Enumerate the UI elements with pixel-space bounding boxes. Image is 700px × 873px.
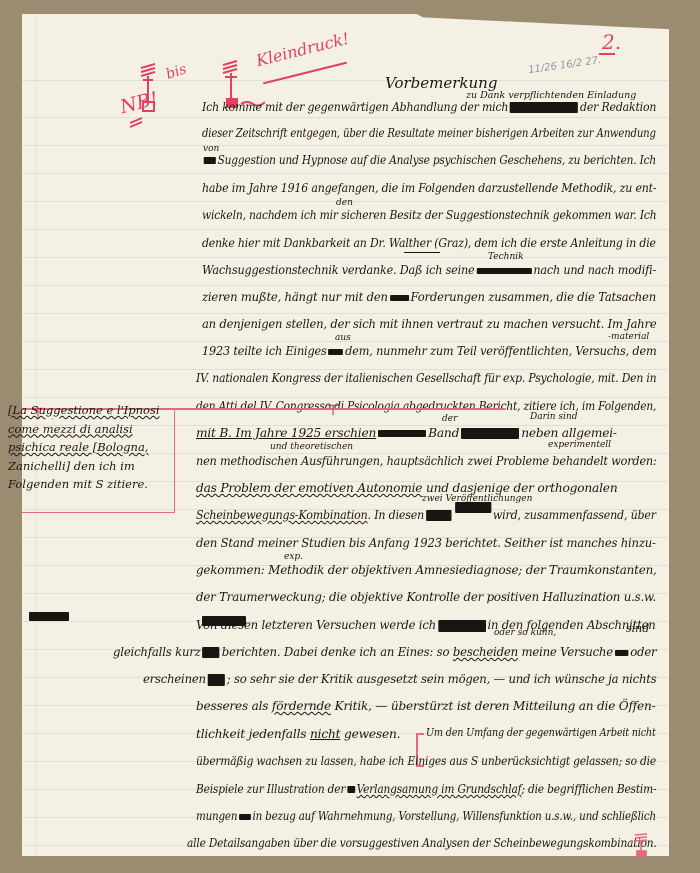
interlinear-insert: den bbox=[336, 198, 353, 208]
text-line-1: Ich komme mit der gegenwärtigen Abhandlu… bbox=[202, 100, 656, 114]
page-number-underline bbox=[599, 53, 615, 55]
text-line-6: denke hier mit Dankbarkeit an Dr. Walthe… bbox=[202, 236, 656, 250]
interlinear-insert: -material bbox=[608, 332, 649, 342]
text-line-10: 1923 teilte ich Einigesdem, nunmehr zum … bbox=[202, 344, 657, 358]
section-marker-icon bbox=[125, 60, 265, 130]
text-line-7: Wachsuggestionstechnik verdanke. Daß ich… bbox=[202, 263, 656, 277]
text-line-25: übermäßig wachsen zu lassen, habe ich Ei… bbox=[196, 754, 656, 768]
text-line-27: mungenin bezug auf Wahrnehmung, Vorstell… bbox=[196, 809, 656, 823]
text-line-24b: Um den Umfang der gegenwärtigen Arbeit n… bbox=[426, 726, 656, 739]
redaction-block bbox=[426, 510, 451, 521]
ruled-line bbox=[22, 229, 669, 230]
text-line-26: Beispiele zur Illustration derVerlangsam… bbox=[196, 782, 656, 796]
redaction-block bbox=[239, 814, 251, 820]
text-line-13: mit B. Im Jahre 1925 erschienBandneben a… bbox=[196, 426, 617, 440]
text-line-21: gleichfalls kurzberichten. Dabei denke i… bbox=[113, 645, 656, 659]
redaction-block bbox=[510, 102, 578, 113]
text-line-22: erscheinen; so sehr sie der Kritik ausge… bbox=[143, 672, 656, 686]
ruled-line bbox=[22, 369, 669, 370]
text-line-14: nen methodischen Ausführungen, hauptsäch… bbox=[196, 454, 657, 468]
text-line-17: den Stand meiner Studien bis Anfang 1923… bbox=[196, 536, 656, 550]
ruled-line bbox=[22, 313, 669, 314]
redaction-block bbox=[476, 268, 531, 274]
interlinear-insert: experimentell bbox=[548, 440, 611, 450]
redaction-block bbox=[29, 612, 69, 621]
interlinear-insert: sind bbox=[626, 622, 649, 635]
text-line-5: wickeln, nachdem ich mir sicheren Besitz… bbox=[202, 208, 656, 222]
interlinear-insert: Darin sind bbox=[530, 412, 577, 422]
ruled-line bbox=[22, 285, 669, 286]
ruled-line bbox=[22, 173, 669, 174]
redaction-block bbox=[461, 428, 519, 439]
text-line-16: Scheinbewegungs-Kombination. In diesenwi… bbox=[196, 508, 656, 522]
text-line-11: IV. nationalen Kongress der italienische… bbox=[196, 371, 656, 385]
ruled-line bbox=[22, 257, 669, 258]
page-number: 2. bbox=[602, 30, 621, 54]
section-end-marker-icon bbox=[632, 832, 652, 858]
text-line-23: besseres als fördernde Kritik, — überstü… bbox=[196, 699, 655, 713]
interlinear-insert: aus bbox=[335, 333, 351, 343]
text-line-8: zieren mußte, hängt nur mit denForderung… bbox=[202, 290, 656, 304]
interlinear-insert: der bbox=[442, 414, 457, 424]
redaction-block bbox=[203, 647, 220, 658]
text-line-4: habe im Jahre 1916 angefangen, die im Fo… bbox=[202, 181, 656, 195]
text-line-3: Suggestion und Hypnose auf die Analyse p… bbox=[202, 153, 656, 167]
ruled-line bbox=[22, 145, 669, 146]
redaction-block bbox=[328, 349, 343, 355]
ruled-line bbox=[22, 397, 669, 398]
interlinear-insert: exp. bbox=[284, 552, 303, 562]
interlinear-insert: und theoretischen bbox=[270, 442, 353, 452]
walther-underline bbox=[404, 252, 440, 253]
redaction-block bbox=[390, 295, 409, 301]
redaction-block bbox=[347, 786, 355, 793]
text-line-18: gekommen: Methodik der objektiven Amnesi… bbox=[196, 563, 657, 577]
redaction-block bbox=[615, 650, 628, 656]
text-line-12: den Atti del IV. Congresso di Psicologia… bbox=[196, 399, 656, 413]
redaction-block bbox=[204, 157, 216, 164]
text-line-24: tlichkeit jedenfalls nicht gewesen. bbox=[196, 727, 400, 741]
text-line-20: Von diesen letzteren Versuchen werde ich… bbox=[196, 618, 656, 632]
redaction-block bbox=[202, 616, 246, 626]
redaction-block bbox=[438, 620, 486, 632]
margin-insert-note: [La Suggestione e l'Ipnosi come mezzi di… bbox=[8, 401, 178, 494]
text-line-28: alle Detailsangaben über die vorsuggesti… bbox=[187, 836, 657, 850]
ruled-line bbox=[22, 117, 669, 118]
text-line-15: das Problem der emotiven Autonomie und d… bbox=[196, 481, 617, 495]
interlinear-insert: oder so kühn, bbox=[494, 628, 556, 638]
text-line-19: der Traumerweckung; die objektive Kontro… bbox=[196, 590, 656, 604]
insertion-marker-icon: ⊤ bbox=[326, 401, 340, 419]
text-line-2: dieser Zeitschrift entgegen, über die Re… bbox=[202, 126, 656, 140]
text-line-9: an denjenigen stellen, der sich mit ihne… bbox=[202, 317, 656, 331]
redaction-block bbox=[208, 674, 225, 686]
ruled-line bbox=[22, 80, 669, 81]
redaction-block bbox=[455, 502, 491, 513]
interlinear-insert: Technik bbox=[488, 252, 524, 262]
redaction-block bbox=[378, 430, 426, 437]
